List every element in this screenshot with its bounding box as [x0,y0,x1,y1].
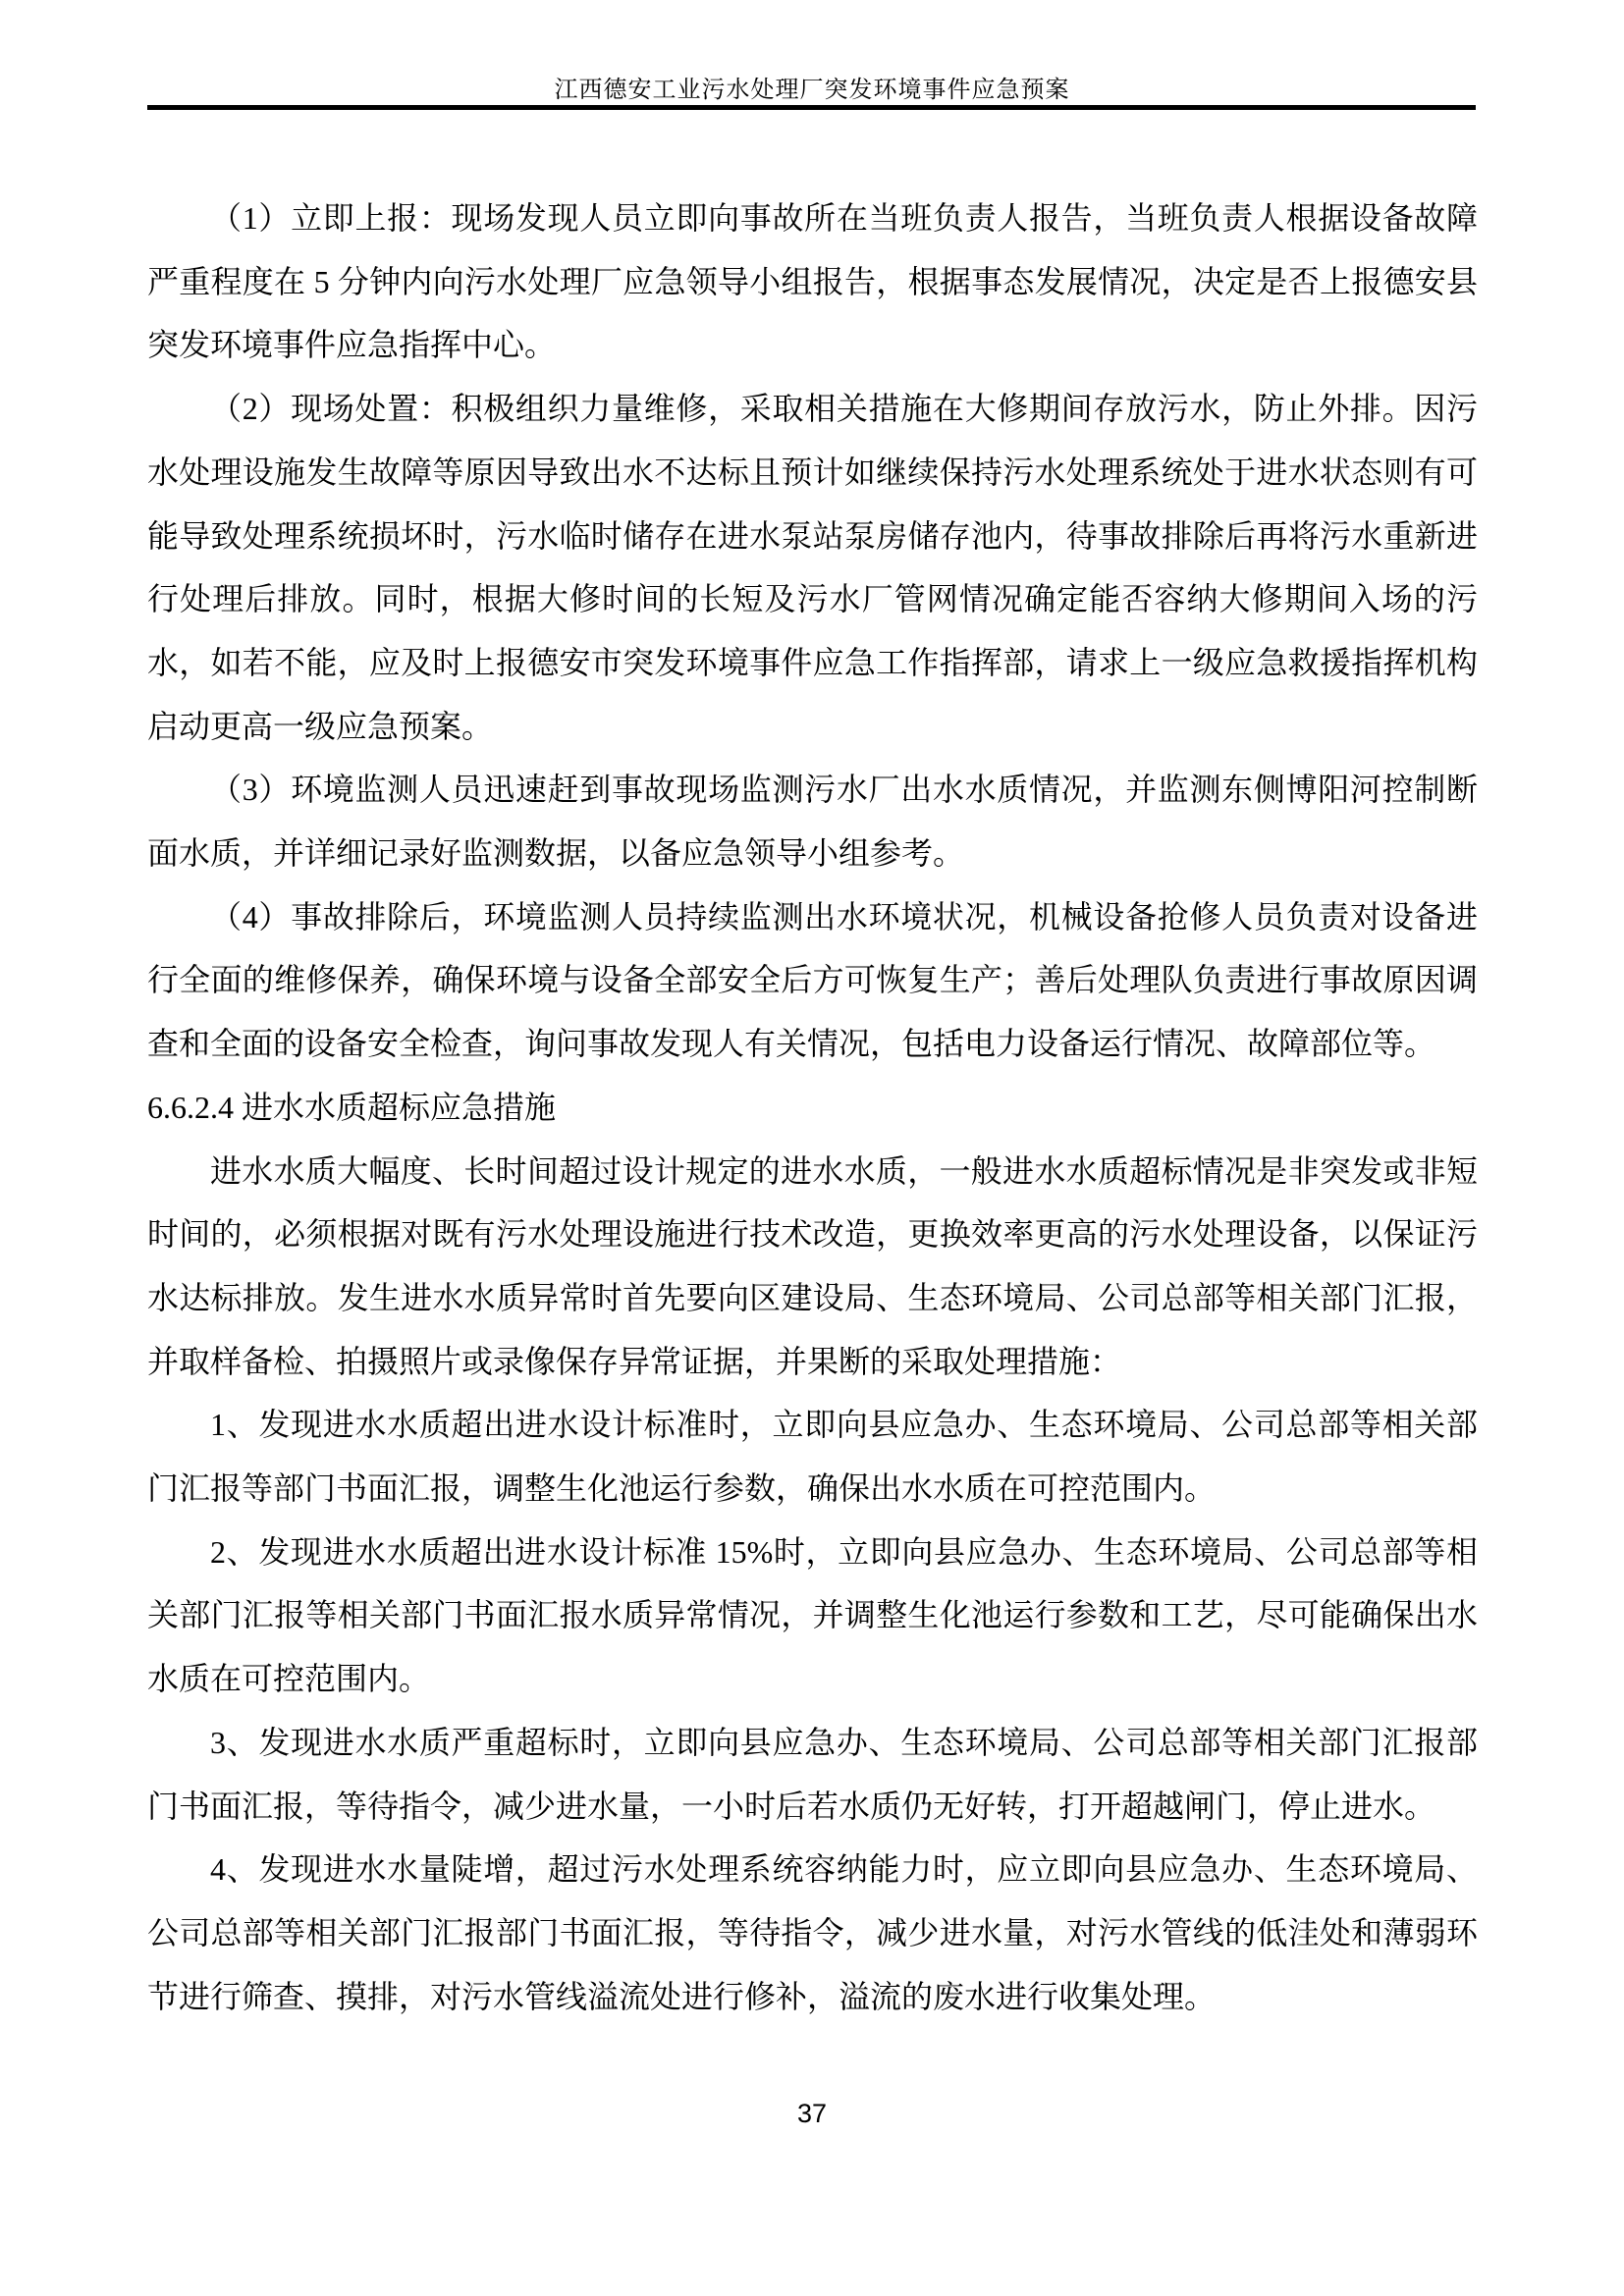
page-number: 37 [0,2099,1624,2128]
paragraph: （3）环境监测人员迅速赶到事故现场监测污水厂出水水质情况，并监测东侧博阳河控制断… [147,758,1478,884]
running-header-title: 江西德安工业污水处理厂突发环境事件应急预案 [0,77,1624,104]
header-rule-divider [147,105,1476,110]
document-page: 江西德安工业污水处理厂突发环境事件应急预案 （1）立即上报：现场发现人员立即向事… [0,0,1624,2296]
paragraph: 进水水质大幅度、长时间超过设计规定的进水水质，一般进水水质超标情况是非突发或非短… [147,1140,1478,1394]
paragraph: （4）事故排除后，环境监测人员持续监测出水环境状况，机械设备抢修人员负责对设备进… [147,885,1478,1076]
document-body: （1）立即上报：现场发现人员立即向事故所在当班负责人报告，当班负责人根据设备故障… [147,187,1478,2028]
paragraph: 2、发现进水水质超出进水设计标准 15%时，立即向县应急办、生态环境局、公司总部… [147,1521,1478,1711]
section-heading: 6.6.2.4 进水水质超标应急措施 [147,1076,1478,1140]
paragraph: （2）现场处置：积极组织力量维修，采取相关措施在大修期间存放污水，防止外排。因污… [147,377,1478,758]
paragraph: 4、发现进水水量陡增，超过污水处理系统容纳能力时，应立即向县应急办、生态环境局、… [147,1838,1478,2028]
paragraph: （1）立即上报：现场发现人员立即向事故所在当班负责人报告，当班负责人根据设备故障… [147,187,1478,377]
paragraph: 3、发现进水水质严重超标时，立即向县应急办、生态环境局、公司总部等相关部门汇报部… [147,1711,1478,1838]
paragraph: 1、发现进水水质超出进水设计标准时，立即向县应急办、生态环境局、公司总部等相关部… [147,1393,1478,1520]
